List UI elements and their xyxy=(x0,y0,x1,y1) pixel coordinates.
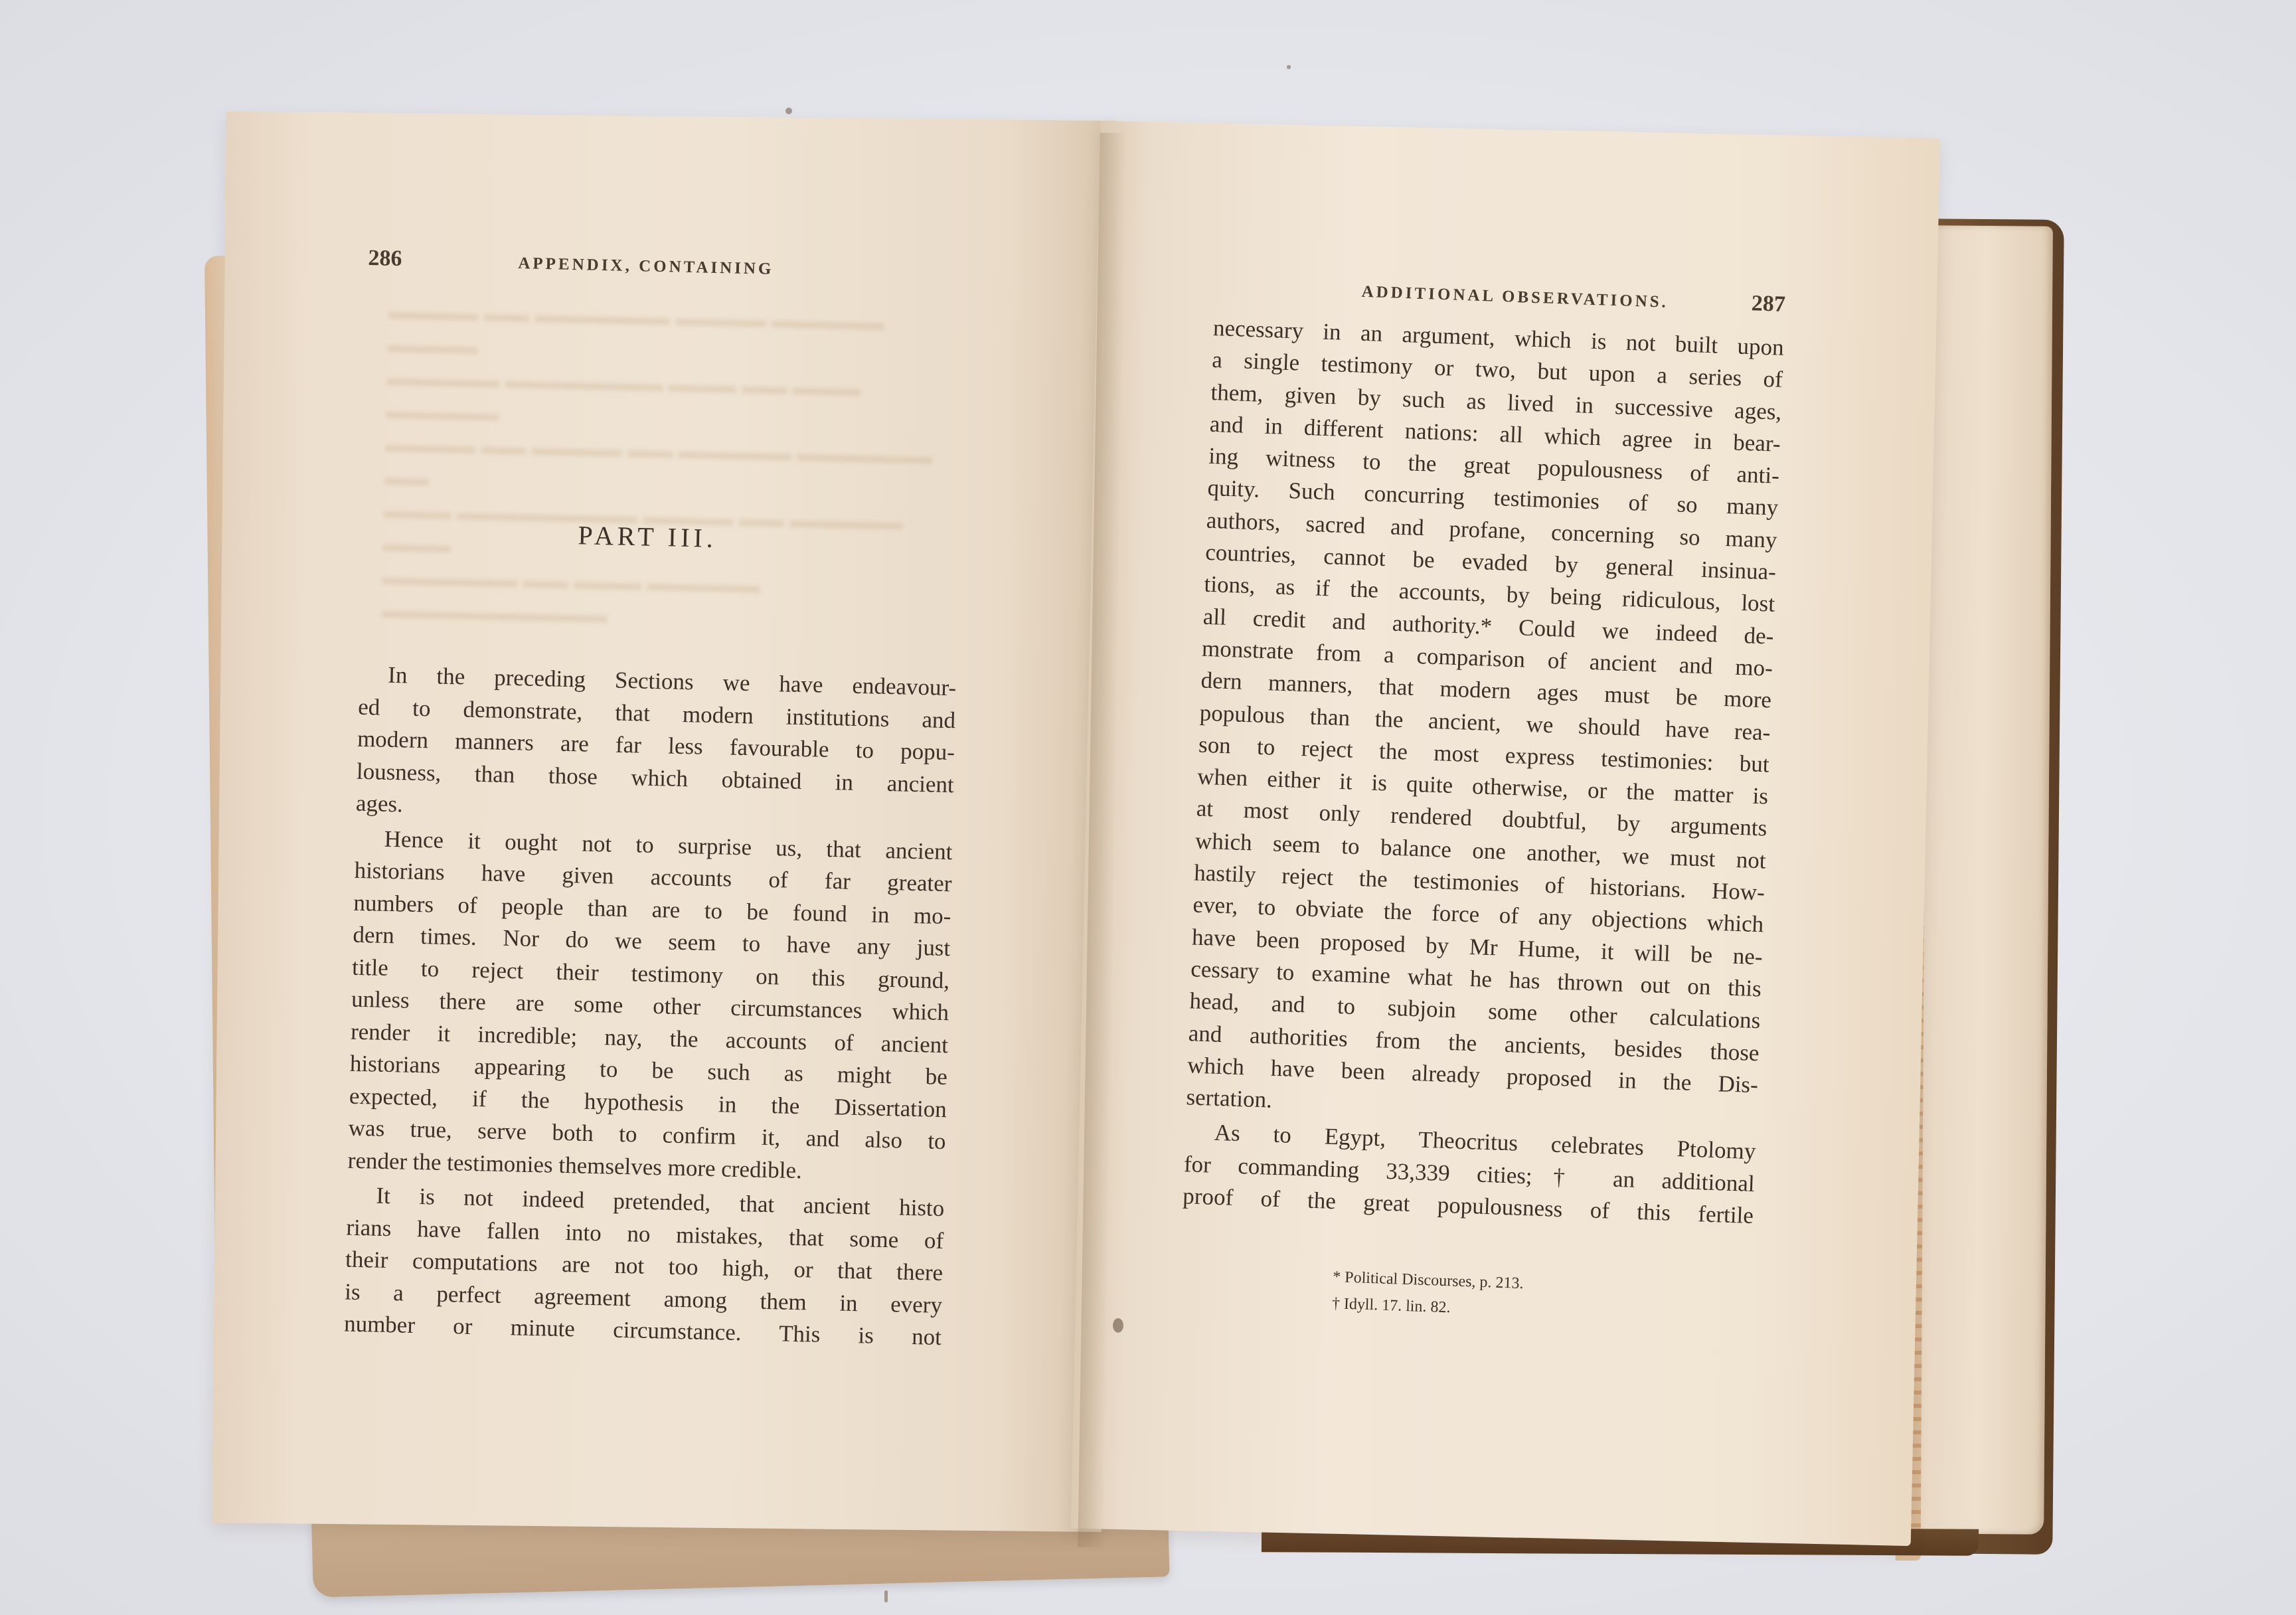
paragraph: necessary in an argument, which is not b… xyxy=(1186,312,1785,1134)
paragraph: It is not indeed pretended, that ancient… xyxy=(344,1179,945,1354)
page-number-right: 287 xyxy=(1751,291,1785,317)
page-number-left: 286 xyxy=(368,246,402,272)
page-stain xyxy=(1113,1318,1123,1333)
right-page-text: ADDITIONAL OBSERVATIONS. 287 necessary i… xyxy=(1179,272,1785,1331)
paragraph: Hence it ought not to surprise us, that … xyxy=(347,822,953,1190)
left-page-text: 286 APPENDIX, CONTAINING PART III. In th… xyxy=(344,246,966,1353)
debris-speck xyxy=(884,1590,888,1602)
debris-speck xyxy=(785,108,792,114)
paragraph: In the preceding Sections we have endeav… xyxy=(355,659,956,833)
running-head-left: APPENDIX, CONTAINING xyxy=(518,254,774,279)
paragraph: As to Egypt, Theocritus celebrates Ptolo… xyxy=(1183,1116,1757,1232)
running-head-right: ADDITIONAL OBSERVATIONS. xyxy=(1361,283,1669,312)
book-photo: ▬▬▬▬ ▬▬ ▬▬▬▬▬▬ ▬▬▬▬ ▬▬▬▬▬ ▬▬▬▬ ▬▬▬▬▬ ▬▬▬… xyxy=(0,0,2296,1615)
part-title: PART III. xyxy=(362,515,960,559)
debris-speck xyxy=(1287,65,1291,69)
